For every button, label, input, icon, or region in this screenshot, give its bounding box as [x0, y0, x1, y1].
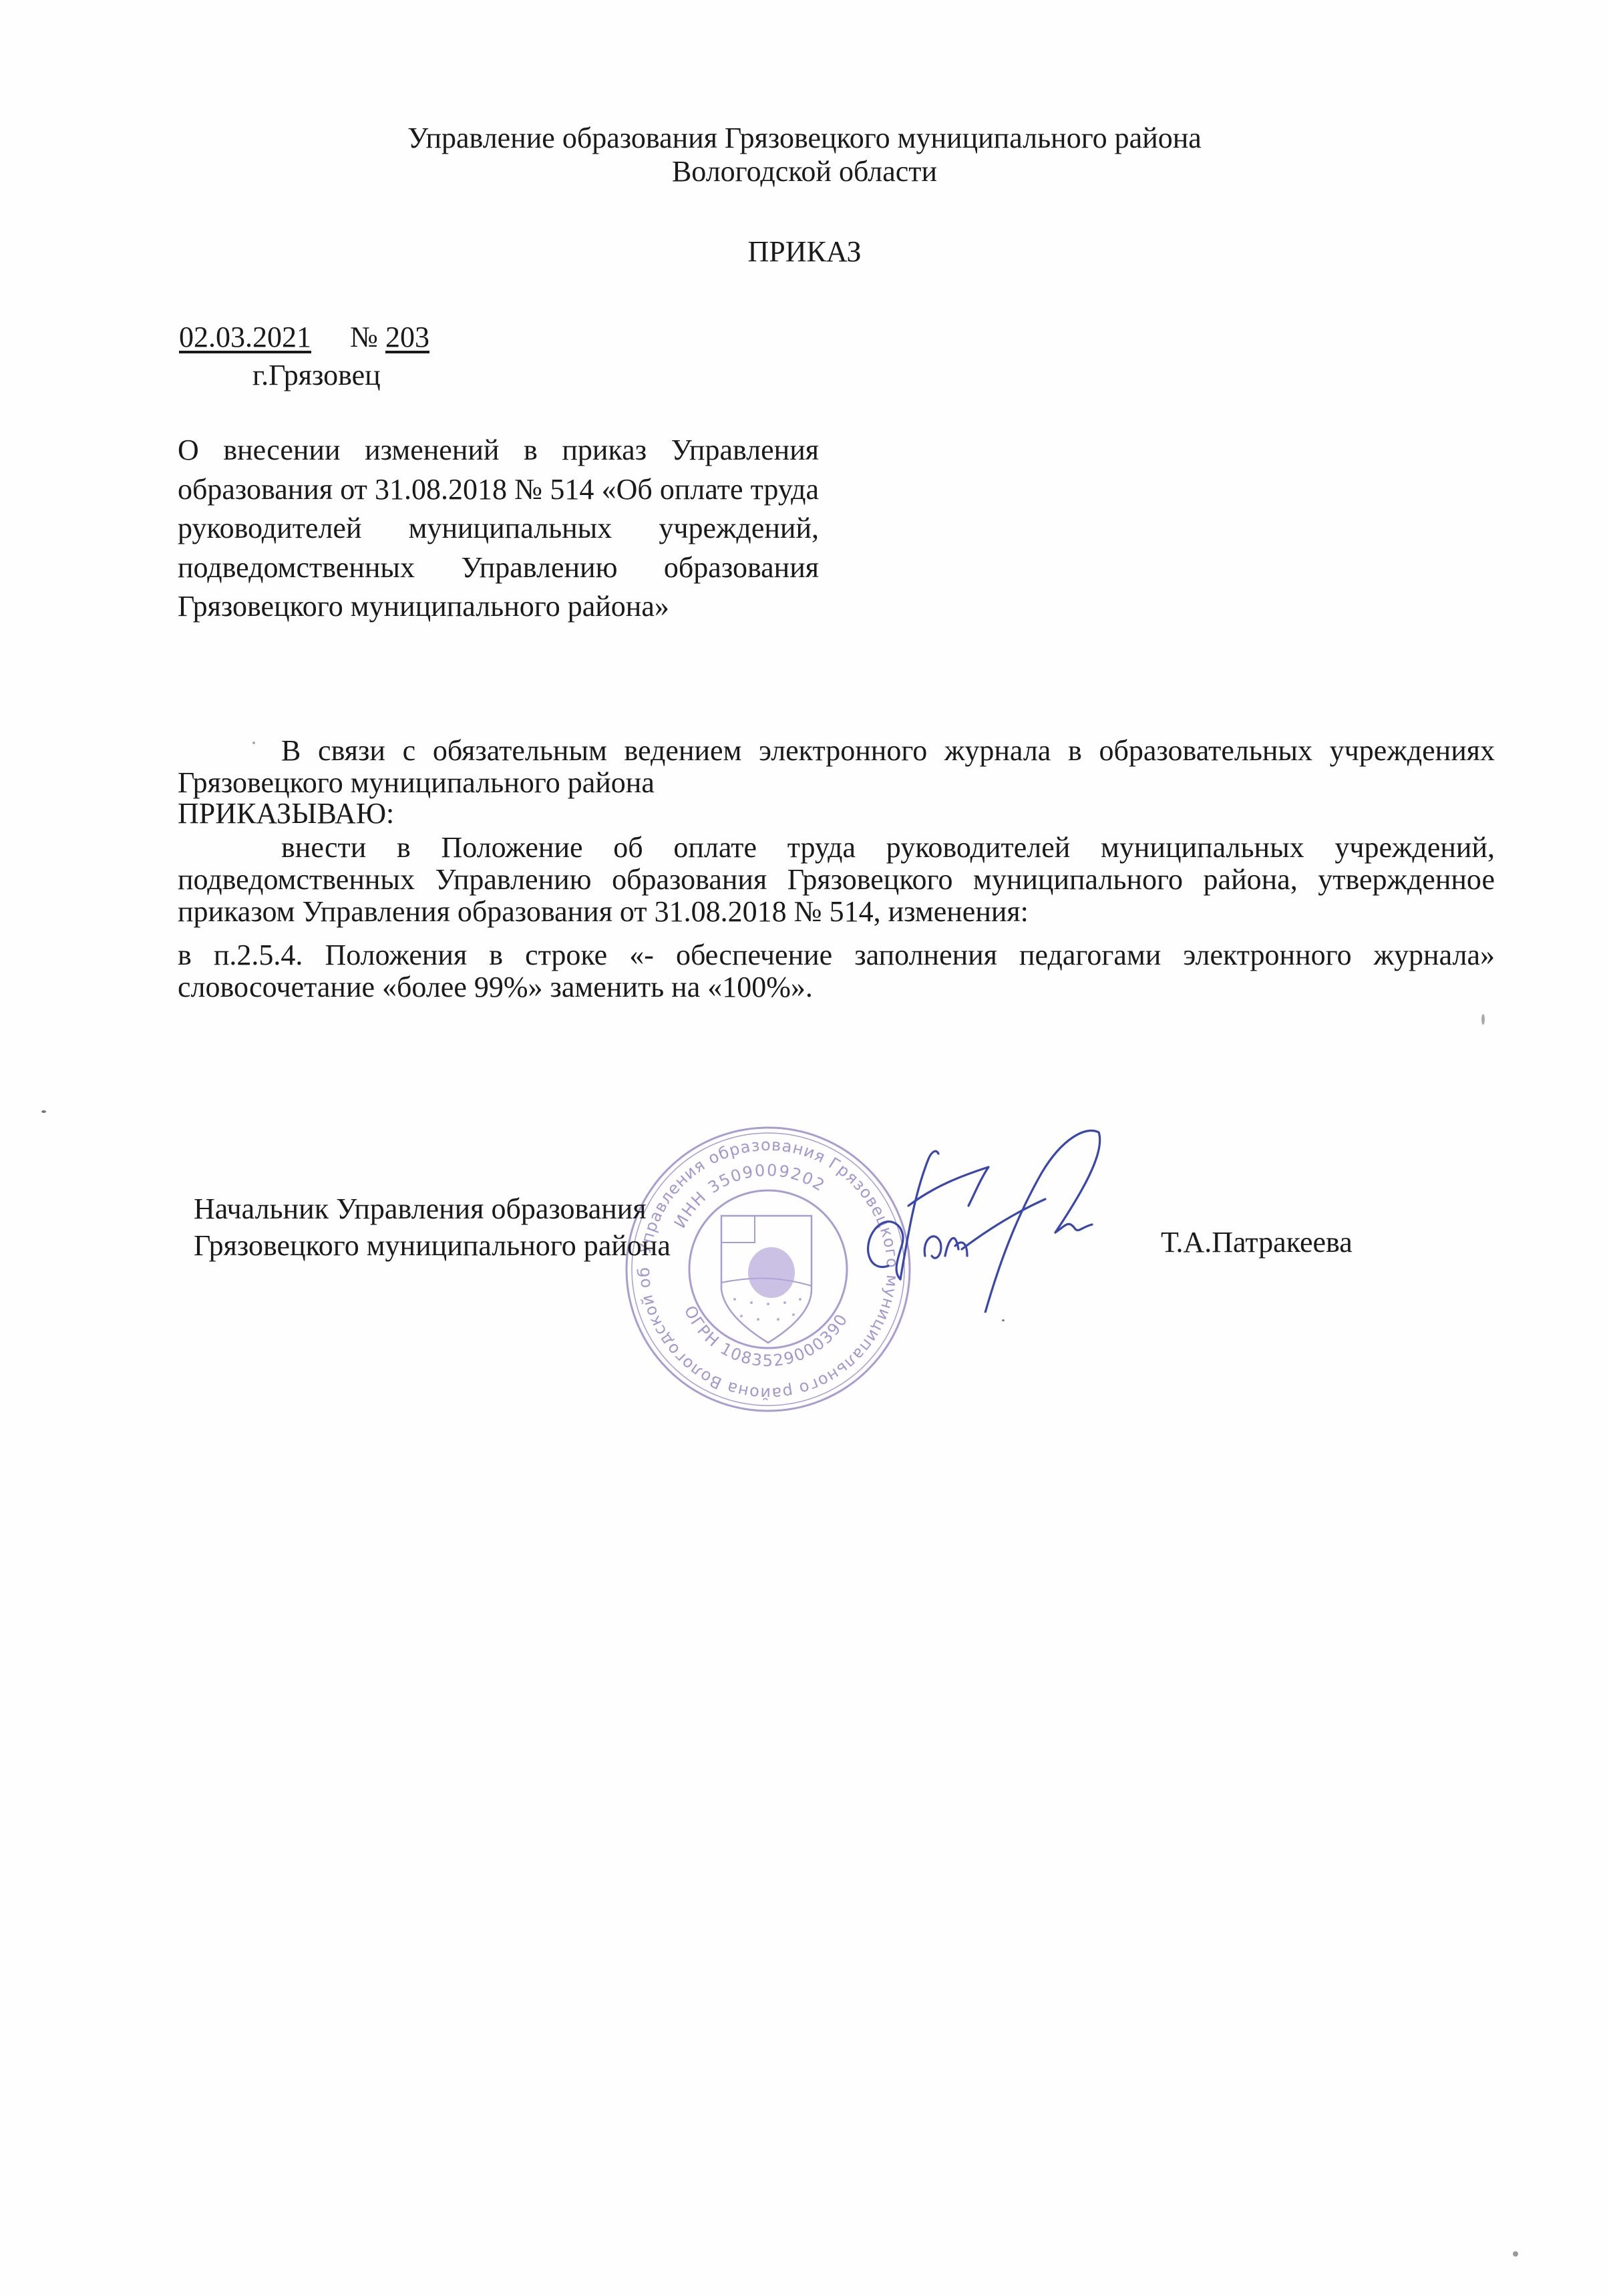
scan-speck	[41, 1110, 46, 1113]
scan-speck	[1481, 1014, 1485, 1025]
scan-speck	[252, 742, 255, 744]
clause-1-paragraph: внести в Положение об оплате труда руков…	[178, 832, 1495, 928]
clause-2-paragraph: в п.2.5.4. Положения в строке «- обеспеч…	[178, 939, 1495, 1003]
svg-text:ОГРН 1083529000390: ОГРН 1083529000390	[681, 1303, 852, 1370]
date-number-line: 02.03.2021 № 203	[179, 323, 429, 352]
document-page: Управление образования Грязовецкого муни…	[0, 0, 1609, 2296]
order-subject: О внесении изменений в приказ Управления…	[178, 431, 819, 627]
signatory-position-line2: Грязовецкого муниципального района	[194, 1231, 671, 1261]
organization-name-line2: Вологодской области	[0, 157, 1609, 186]
scan-speck	[1002, 1319, 1005, 1321]
order-date: 02.03.2021	[179, 321, 311, 353]
city: г.Грязовец	[252, 361, 381, 390]
handwritten-signature-icon	[862, 1112, 1122, 1313]
order-number: 203	[385, 321, 429, 353]
preamble-paragraph: В связи с обязательным ведением электрон…	[178, 735, 1495, 799]
signatory-position-line1: Начальник Управления образования	[194, 1194, 647, 1224]
organization-name-line1: Управление образования Грязовецкого муни…	[0, 124, 1609, 153]
document-title: ПРИКАЗ	[0, 237, 1609, 267]
number-sign: №	[350, 321, 378, 353]
order-word: ПРИКАЗЫВАЮ:	[178, 799, 394, 828]
scan-speck	[1513, 2251, 1518, 2257]
signatory-name: Т.А.Патракеева	[1161, 1228, 1353, 1257]
